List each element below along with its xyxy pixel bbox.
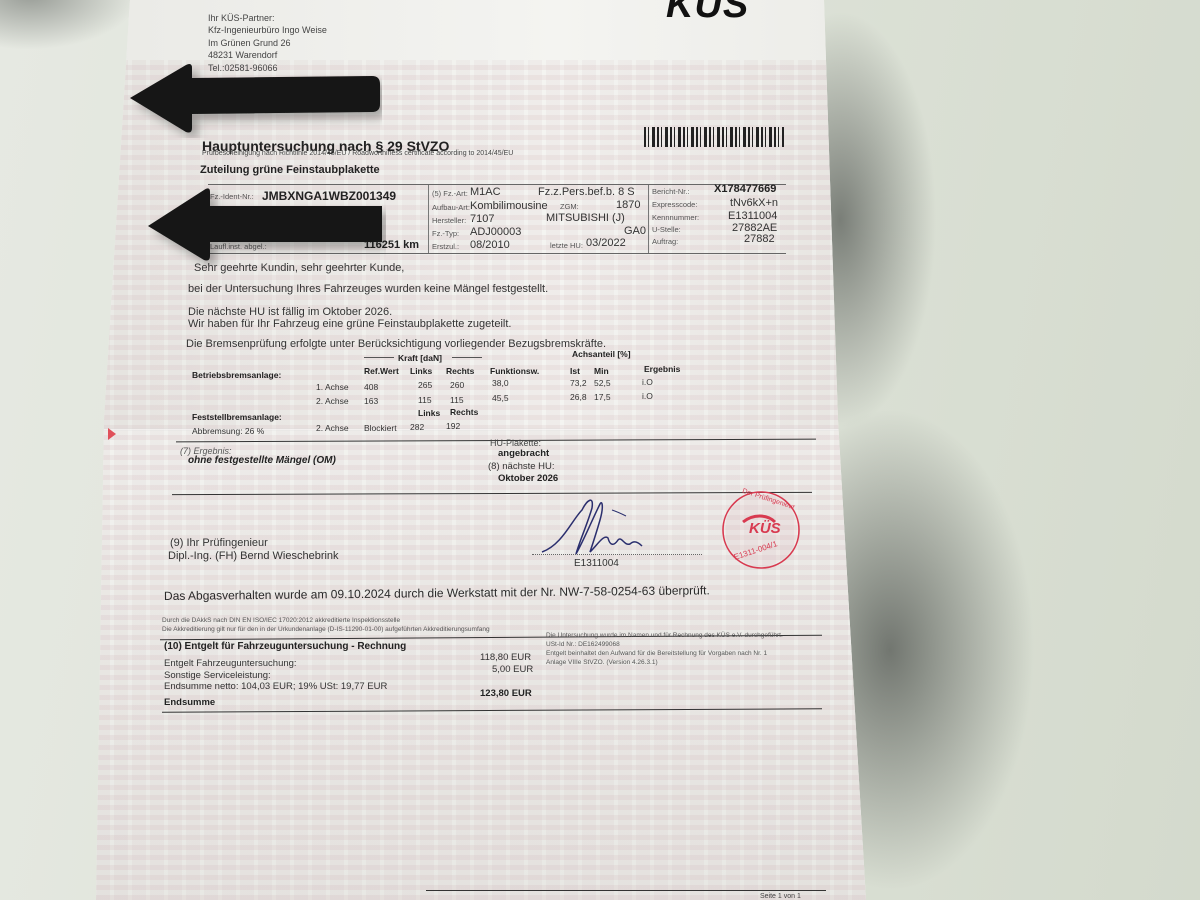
bericht-value: X178477669: [714, 183, 776, 195]
next-hu-value: Oktober 2026: [498, 473, 558, 484]
typ-value: ADJ00003: [470, 226, 521, 238]
inspector-stamp: Der Prüfingenieur KÜS E1311-004/1: [719, 488, 803, 572]
page-number: Seite 1 von 1: [760, 893, 801, 900]
ustelle-label: U-Stelle:: [652, 225, 681, 234]
inspector-label: (9) Ihr Prüfingenieur: [170, 537, 268, 549]
fold-marker-icon: [108, 428, 116, 440]
zgm-value: 1870: [616, 199, 640, 211]
next-hu-label: (8) nächste HU:: [488, 461, 555, 472]
parking-brake-label: Feststellbremsanlage:: [192, 412, 282, 422]
accreditation-line2: Die Akkreditierung gilt nur für den in d…: [162, 626, 490, 633]
footer-divider: [426, 890, 826, 891]
achsanteil-header: Achsanteil [%]: [572, 349, 631, 359]
aufbau-label: Aufbau-Art:: [432, 203, 470, 212]
invoice-note4: Anlage VIIIe StVZO. (Version 4.26.3.1): [546, 659, 658, 666]
invoice-title: (10) Entgelt für Fahrzeuguntersuchung - …: [164, 641, 406, 652]
plakette-value: angebracht: [498, 448, 549, 459]
col-ergebnis: Ergebnis: [644, 364, 680, 374]
invoice-note3: Entgelt beinhaltet den Aufwand für die B…: [546, 650, 767, 657]
auftrag-label: Auftrag:: [652, 237, 678, 246]
aufbau-value: Kombilimousine: [470, 200, 548, 212]
col-min: Min: [594, 366, 609, 376]
erstzul-label: Erstzul.:: [432, 242, 459, 251]
abbremsung-value: Abbremsung: 26 %: [192, 426, 264, 436]
result-value: ohne festgestellte Mängel (OM): [188, 455, 336, 466]
code-value: GA0: [624, 225, 646, 237]
invoice-note1: Die Untersuchung wurde im Namen und für …: [546, 632, 783, 639]
col-ref: Ref.Wert: [364, 366, 399, 376]
inspector-name: Dipl.-Ing. (FH) Bernd Wieschebrink: [168, 550, 339, 562]
express-value: tNv6kX+n: [730, 197, 778, 209]
invoice-item1-label: Entgelt Fahrzeuguntersuchung:: [164, 658, 297, 669]
invoice-total-value: 123,80 EUR: [480, 688, 532, 699]
partner-name: Kfz-Ingenieurbüro Ingo Weise: [208, 24, 327, 36]
zgm-label: ZGM:: [560, 202, 579, 211]
plakette-label: HU-Plakette:: [490, 438, 541, 448]
invoice-netto: Endsumme netto: 104,03 EUR; 19% USt: 19,…: [164, 681, 387, 692]
letzte-hu-value: 03/2022: [586, 237, 626, 249]
parking-col-links: Links: [418, 408, 440, 418]
arrow-marker-icon: [128, 62, 382, 138]
invoice-item1-value: 118,80 EUR: [480, 652, 531, 663]
invoice-total-label: Endsumme: [164, 697, 215, 708]
bericht-label: Bericht-Nr.:: [652, 187, 690, 196]
col-rechts: Rechts: [446, 366, 474, 376]
fzart-value: M1AC: [470, 186, 501, 198]
signature: [532, 490, 662, 560]
next-hu-text: Die nächste HU ist fällig im Oktober 202…: [188, 306, 392, 318]
no-defects-text: bei der Untersuchung Ihres Fahrzeuges wu…: [188, 283, 548, 295]
arrow-marker-icon: [146, 186, 386, 266]
col-funktion: Funktionsw.: [490, 366, 539, 376]
document-subtitle: Prüfbescheinigung nach Richtlinie 2014/4…: [202, 150, 513, 157]
service-brake-label: Betriebsbremsanlage:: [192, 370, 281, 380]
accreditation-line1: Durch die DAkkS nach DIN EN ISO/IEC 1702…: [162, 617, 400, 624]
fzart-label: (5) Fz.-Art:: [432, 189, 468, 198]
parking-col-rechts: Rechts: [450, 407, 478, 417]
stamp-logo: KÜS: [749, 520, 781, 537]
plakette-text: Wir haben für Ihr Fahrzeug eine grüne Fe…: [188, 318, 511, 330]
make-value: MITSUBISHI (J): [546, 212, 625, 224]
barcode: [644, 127, 784, 147]
col-ist: Ist: [570, 366, 580, 376]
kraft-header: Kraft [daN]: [398, 353, 442, 363]
kenn-value: E1311004: [728, 210, 777, 222]
kues-logo: KÜS: [666, 0, 749, 27]
col-links: Links: [410, 366, 432, 376]
persbef-value: Fz.z.Pers.bef.b. 8 S: [538, 186, 635, 198]
background-shadow: [0, 0, 140, 50]
invoice-note2: USt-Id Nr.: DE162499068: [546, 641, 620, 648]
partner-street: Im Grünen Grund 26: [208, 37, 327, 49]
partner-label: Ihr KÜS-Partner:: [208, 12, 327, 24]
typ-label: Fz.-Typ:: [432, 229, 459, 238]
express-label: Expresscode:: [652, 200, 697, 209]
hersteller-value: 7107: [470, 213, 494, 225]
erstzul-value: 08/2010: [470, 239, 510, 251]
invoice-item2-label: Sonstige Serviceleistung:: [164, 670, 271, 681]
kenn-label: Kennnummer:: [652, 213, 699, 222]
invoice-item2-value: 5,00 EUR: [492, 664, 533, 675]
signature-line: [532, 554, 702, 555]
partner-city: 48231 Warendorf: [208, 49, 327, 61]
inspector-id: E1311004: [574, 558, 619, 569]
brake-intro-text: Die Bremsenprüfung erfolgte unter Berück…: [186, 338, 606, 350]
auftrag-value: 27882: [744, 233, 775, 245]
letzte-hu-label: letzte HU:: [550, 241, 583, 250]
hersteller-label: Hersteller:: [432, 216, 466, 225]
plakette-heading: Zuteilung grüne Feinstaubplakette: [200, 164, 380, 176]
